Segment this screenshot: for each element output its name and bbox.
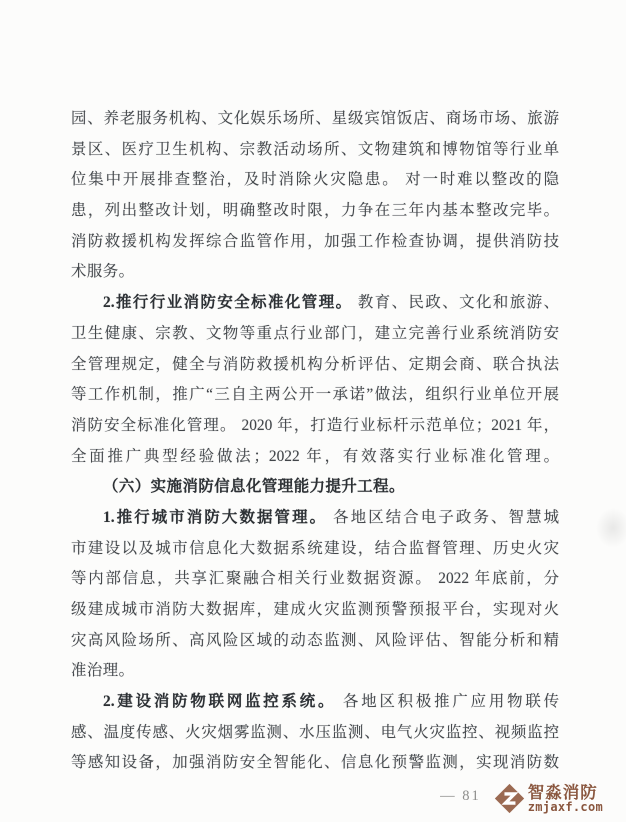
text-segment: 感、温度传感、火灾烟雾监测、水压监测、电气火灾监控、视频监控	[71, 724, 559, 741]
text-segment: 患，列出整改计划，明确整改时限，力争在三年内基本整改完毕。	[71, 202, 559, 219]
page-number-value: 81	[462, 788, 481, 804]
text-line: 术服务。	[71, 257, 559, 288]
text-segment: 术服务。	[71, 263, 135, 280]
text-segment: 级建成城市消防大数据库，建成火灾监测预警预报平台，实现对火	[71, 601, 559, 618]
text-segment: 消防救援机构发挥综合监管作用，加强工作检查协调，提供消防技	[71, 233, 559, 250]
scan-smudge	[596, 508, 626, 548]
text-segment: 全管理规定，健全与消防救援机构分析评估、定期会商、联合执法	[71, 356, 559, 373]
text-line: 消防救援机构发挥综合监管作用，加强工作检查协调，提供消防技	[71, 227, 559, 258]
page-number: — 81	[440, 788, 481, 805]
text-line: 卫生健康、宗教、文物等重点行业部门，建立完善行业系统消防安	[71, 319, 559, 350]
text-segment-bold: 2.建设消防物联网监控系统。	[103, 693, 336, 710]
text-line: 2.推行行业消防安全标准化管理。 教育、民政、文化和旅游、	[71, 288, 559, 319]
text-line: 消防安全标准化管理。 2020 年，打造行业标杆示范单位；2021 年，	[71, 411, 559, 442]
text-segment: 全面推广典型经验做法；2022 年，有效落实行业标准化管理。	[71, 448, 559, 465]
text-segment: 市建设以及城市信息化大数据系统建设，结合监督管理、历史火灾	[71, 540, 559, 557]
text-line: 园、养老服务机构、文化娱乐场所、星级宾馆饭店、商场市场、旅游	[71, 104, 559, 135]
text-line: 位集中开展排查整治，及时消除火灾隐患。 对一时难以整改的隐	[71, 165, 559, 196]
text-segment: 景区、医疗卫生机构、宗教活动场所、文物建筑和博物馆等行业单	[71, 141, 559, 158]
document-page: 园、养老服务机构、文化娱乐场所、星级宾馆饭店、商场市场、旅游景区、医疗卫生机构、…	[0, 0, 626, 822]
text-segment: 位集中开展排查整治，及时消除火灾隐患。 对一时难以整改的隐	[71, 171, 559, 188]
text-segment: 卫生健康、宗教、文物等重点行业部门，建立完善行业系统消防安	[71, 325, 559, 342]
text-segment: 园、养老服务机构、文化娱乐场所、星级宾馆饭店、商场市场、旅游	[71, 110, 559, 127]
text-line: 全面推广典型经验做法；2022 年，有效落实行业标准化管理。	[71, 442, 559, 473]
text-segment: 等工作机制，推广“三自主两公开一承诺”做法，组织行业单位开展	[71, 386, 559, 403]
watermark-url: zmjaxf.com	[528, 801, 603, 814]
text-line: 景区、医疗卫生机构、宗教活动场所、文物建筑和博物馆等行业单	[71, 135, 559, 166]
text-segment: 等内部信息，共享汇聚融合相关行业数据资源。 2022 年底前，分	[71, 570, 559, 587]
text-line: 级建成城市消防大数据库，建成火灾监测预警预报平台，实现对火	[71, 595, 559, 626]
text-line: 2.建设消防物联网监控系统。 各地区积极推广应用物联传	[71, 687, 559, 718]
text-line: 1.推行城市消防大数据管理。 各地区结合电子政务、智慧城	[71, 503, 559, 534]
text-line: 灾高风险场所、高风险区域的动态监测、风险评估、智能分析和精	[71, 626, 559, 657]
text-line: 等内部信息，共享汇聚融合相关行业数据资源。 2022 年底前，分	[71, 564, 559, 595]
page-footer: — 81 智淼消防 zmjaxf.com	[440, 782, 603, 815]
text-segment: 消防安全标准化管理。 2020 年，打造行业标杆示范单位；2021 年，	[71, 417, 559, 434]
zhimiao-diamond-logo-icon	[493, 782, 526, 815]
text-segment: 等感知设备，加强消防安全智能化、信息化预警监测，实现消防数	[71, 754, 559, 771]
text-segment: 各地区积极推广应用物联传	[336, 693, 559, 710]
text-line: 市建设以及城市信息化大数据系统建设，结合监督管理、历史火灾	[71, 534, 559, 565]
watermark-text: 智淼消防 zmjaxf.com	[528, 784, 603, 814]
text-segment: 准治理。	[71, 662, 135, 679]
page-number-dash: —	[440, 788, 457, 804]
text-line: 等工作机制，推广“三自主两公开一承诺”做法，组织行业单位开展	[71, 380, 559, 411]
text-segment: 教育、民政、文化和旅游、	[352, 294, 559, 311]
document-body: 园、养老服务机构、文化娱乐场所、星级宾馆饭店、商场市场、旅游景区、医疗卫生机构、…	[71, 104, 559, 779]
text-line: 感、温度传感、火灾烟雾监测、水压监测、电气火灾监控、视频监控	[71, 718, 559, 749]
text-line: 准治理。	[71, 656, 559, 687]
text-segment-bold: 2.推行行业消防安全标准化管理。	[103, 294, 352, 311]
text-segment-bold: （六）实施消防信息化管理能力提升工程。	[103, 478, 405, 495]
text-segment-bold: 1.推行城市消防大数据管理。	[103, 509, 327, 526]
text-segment: 各地区结合电子政务、智慧城	[327, 509, 559, 526]
watermark-brand: 智淼消防	[528, 784, 603, 801]
text-line: 患，列出整改计划，明确整改时限，力争在三年内基本整改完毕。	[71, 196, 559, 227]
watermark: 智淼消防 zmjaxf.com	[493, 782, 603, 815]
text-line: （六）实施消防信息化管理能力提升工程。	[71, 472, 559, 503]
text-line: 等感知设备，加强消防安全智能化、信息化预警监测，实现消防数	[71, 748, 559, 779]
text-segment: 灾高风险场所、高风险区域的动态监测、风险评估、智能分析和精	[71, 632, 559, 649]
text-line: 全管理规定，健全与消防救援机构分析评估、定期会商、联合执法	[71, 350, 559, 381]
